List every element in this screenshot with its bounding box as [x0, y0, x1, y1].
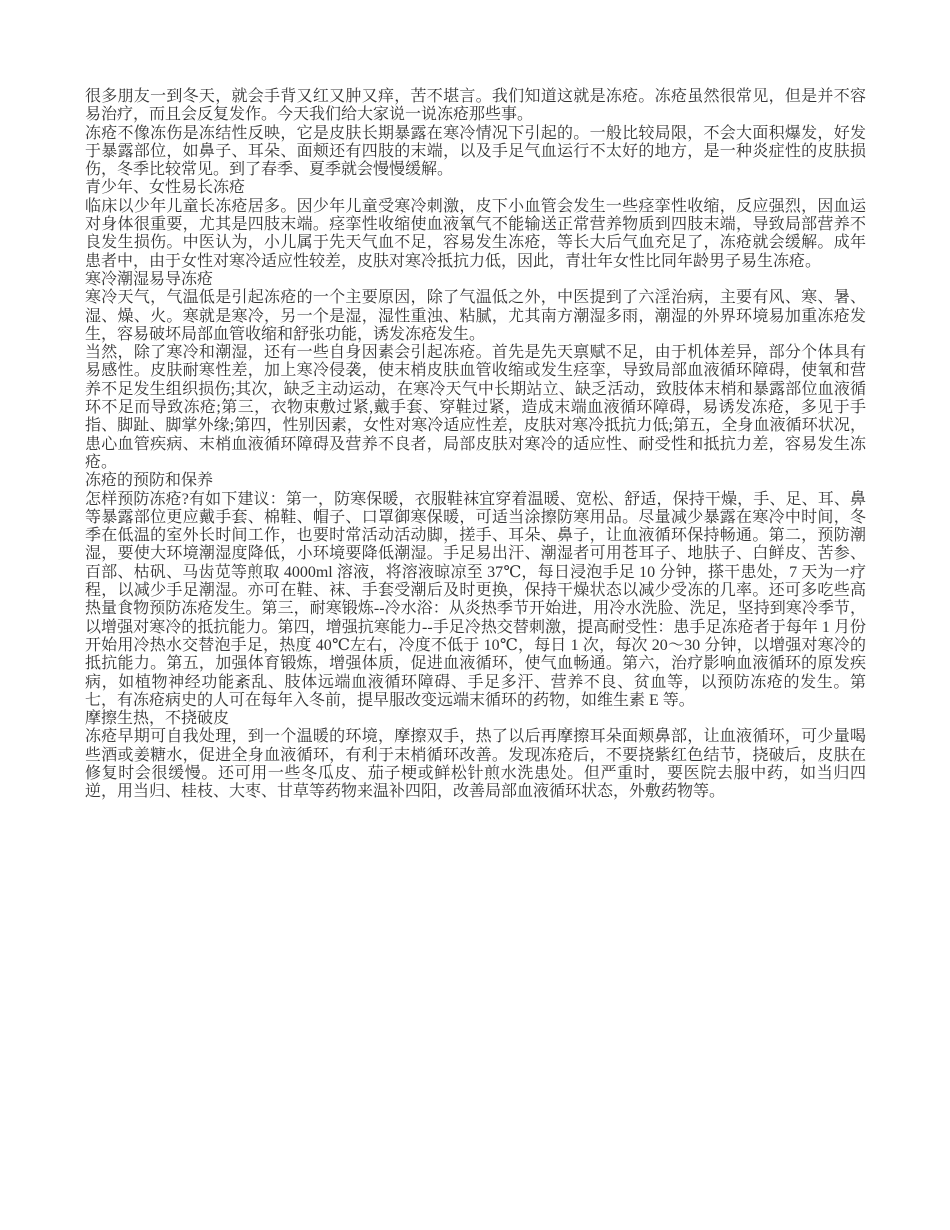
- heading-friction-care: 摩擦生热，不挠破皮: [85, 710, 866, 728]
- paragraph-intro: 很多朋友一到冬天，就会手背又红又肿又痒，苦不堪言。我们知道这就是冻疮。冻疮虽然很…: [85, 88, 866, 125]
- paragraph-prevention: 怎样预防冻疮?有如下建议：第一，防寒保暖，衣服鞋袜宜穿着温暖、宽松、舒适，保持干…: [85, 491, 866, 711]
- heading-prevention: 冻疮的预防和保养: [85, 472, 866, 490]
- paragraph-self-factors: 当然，除了寒冷和潮湿，还有一些自身因素会引起冻疮。首先是先天禀赋不足，由于机体差…: [85, 344, 866, 472]
- paragraph-friction-care: 冻疮早期可自我处理，到一个温暖的环境，摩擦双手，热了以后再摩擦耳朵面颊鼻部，让血…: [85, 728, 866, 801]
- heading-youth-women: 青少年、女性易长冻疮: [85, 179, 866, 197]
- paragraph-youth-women: 临床以少年儿童长冻疮居多。因少年儿童受寒冷刺激，皮下小血管会发生一些痉挛性收缩，…: [85, 198, 866, 271]
- paragraph-cold-damp: 寒冷天气，气温低是引起冻疮的一个主要原因，除了气温低之外，中医提到了六淫治病，主…: [85, 289, 866, 344]
- article-body: 很多朋友一到冬天，就会手背又红又肿又痒，苦不堪言。我们知道这就是冻疮。冻疮虽然很…: [85, 88, 866, 802]
- paragraph-overview: 冻疮不像冻伤是冻结性反映，它是皮肤长期暴露在寒冷情况下引起的。一般比较局限，不会…: [85, 125, 866, 180]
- heading-cold-damp: 寒冷潮湿易导冻疮: [85, 271, 866, 289]
